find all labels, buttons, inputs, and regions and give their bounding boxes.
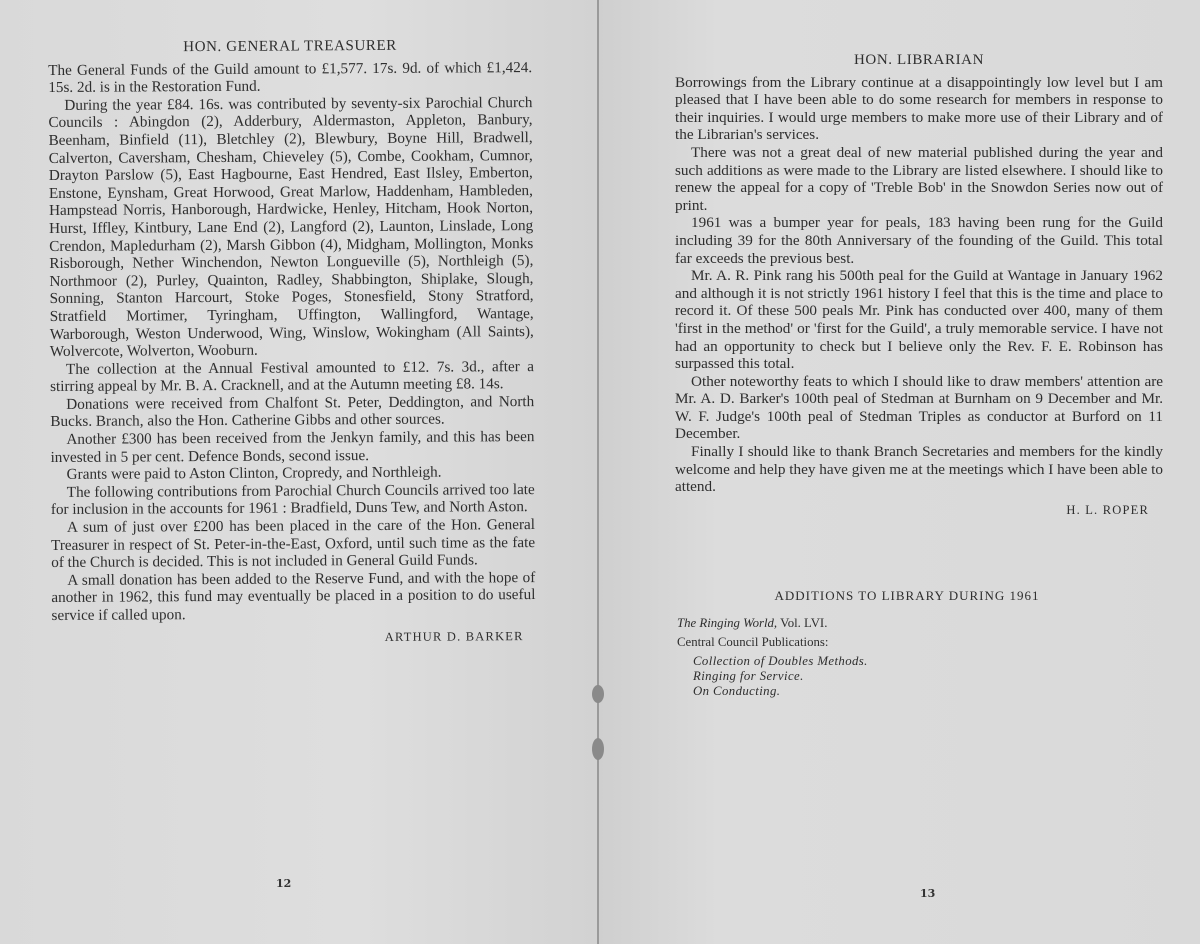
signature: H. L. ROPER [675, 502, 1163, 520]
paragraph: There was not a great deal of new materi… [675, 144, 1163, 214]
booklet-spread: HON. GENERAL TREASURER The General Funds… [0, 0, 1200, 944]
section-heading: HON. GENERAL TREASURER [48, 37, 532, 58]
signature: ARTHUR D. BARKER [52, 628, 536, 649]
paragraph: A small donation has been added to the R… [51, 569, 535, 625]
publication-item: Collection of Doubles Methods. [693, 654, 1097, 669]
treasurer-report: HON. GENERAL TREASURER The General Funds… [48, 37, 536, 648]
publication-volume: Vol. LVI. [777, 616, 827, 630]
librarian-report: HON. LIBRARIAN Borrowings from the Libra… [675, 52, 1163, 519]
additions-heading: ADDITIONS TO LIBRARY DURING 1961 [677, 588, 1097, 604]
paragraph: Mr. A. R. Pink rang his 500th peal for t… [675, 267, 1163, 373]
page-number: 13 [920, 887, 935, 900]
paragraph: Donations were received from Chalfont St… [50, 393, 534, 431]
paragraph: Borrowings from the Library continue at … [675, 74, 1163, 144]
addition-item: Central Council Publications: [677, 635, 1097, 650]
paragraph: Finally I should like to thank Branch Se… [675, 443, 1163, 496]
paragraph: The following contributions from Parochi… [51, 481, 535, 519]
paragraph: A sum of just over £200 has been placed … [51, 516, 535, 572]
paragraph: The collection at the Annual Festival am… [50, 358, 534, 396]
paragraph: The General Funds of the Guild amount to… [48, 59, 532, 97]
publication-list: Collection of Doubles Methods. Ringing f… [693, 654, 1097, 699]
paragraph: 1961 was a bumper year for peals, 183 ha… [675, 214, 1163, 267]
page-gutter [597, 0, 599, 944]
publication-title: The Ringing World, [677, 616, 777, 630]
section-heading: HON. LIBRARIAN [675, 52, 1163, 70]
paragraph: Another £300 has been received from the … [50, 428, 534, 466]
publication-item: Ringing for Service. [693, 669, 1097, 684]
page-number: 12 [276, 877, 291, 890]
paragraph: During the year £84. 16s. was contribute… [48, 94, 534, 361]
library-additions: ADDITIONS TO LIBRARY DURING 1961 The Rin… [677, 588, 1097, 699]
publication-item: On Conducting. [693, 684, 1097, 699]
staple-mark [592, 685, 604, 703]
staple-mark [592, 738, 604, 760]
addition-item: The Ringing World, Vol. LVI. [677, 616, 1097, 631]
paragraph: Other noteworthy feats to which I should… [675, 373, 1163, 443]
